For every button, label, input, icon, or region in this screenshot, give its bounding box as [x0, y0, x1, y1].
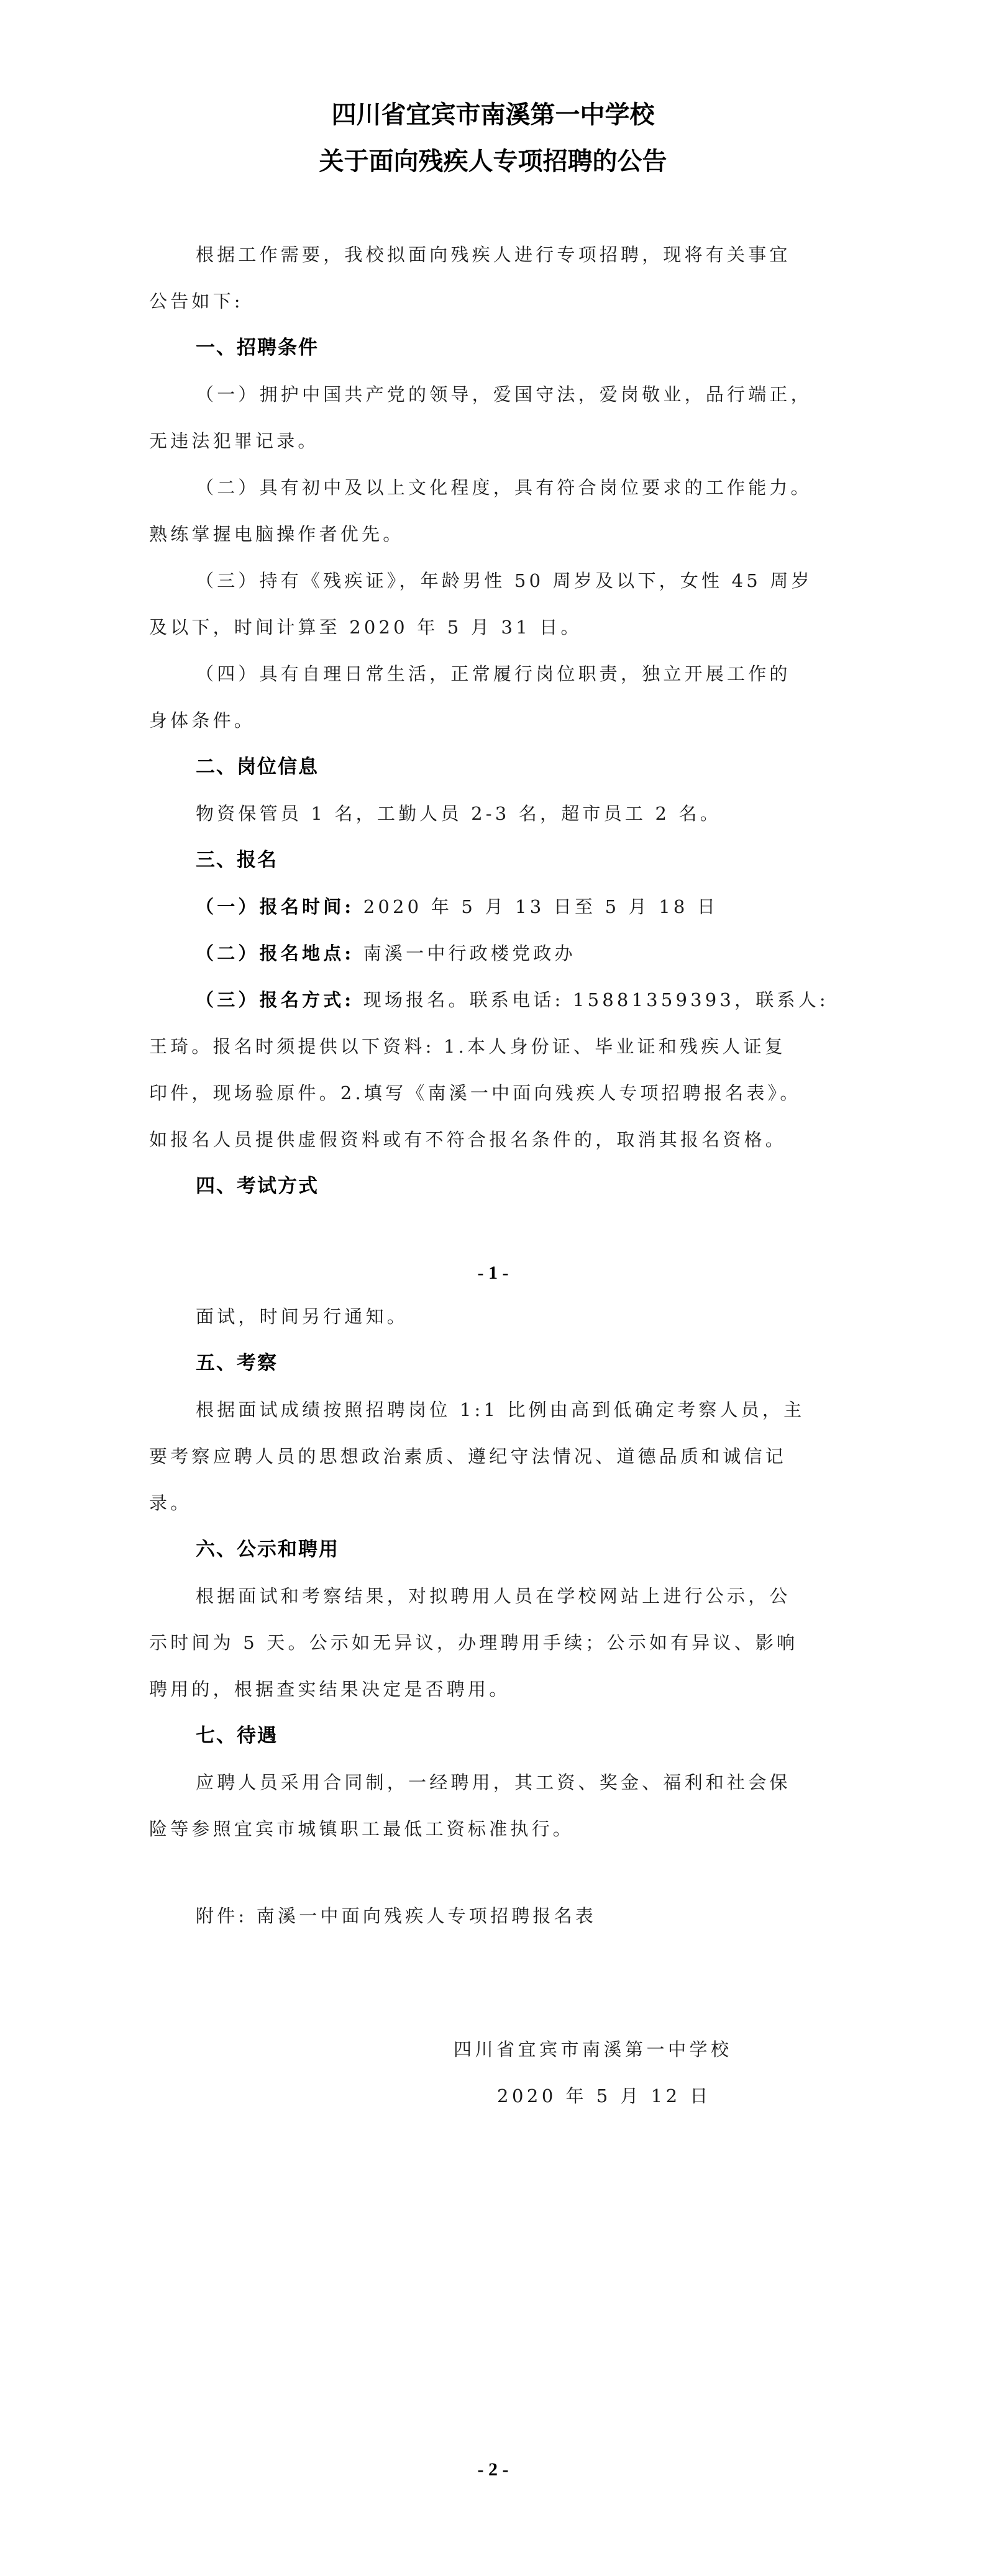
attachment-note: 附件: 南溪一中面向残疾人专项招聘报名表: [196, 1903, 885, 1928]
condition-item-line: 及以下，时间计算至 2020 年 5 月 31 日。: [149, 615, 839, 640]
publicity-text-line: 聘用的，根据查实结果决定是否聘用。: [149, 1677, 839, 1702]
registration-method-line: 王琦。报名时须提供以下资料: 1.本人身份证、毕业证和残疾人证复: [149, 1034, 839, 1059]
compensation-text-line: 应聘人员采用合同制，一经聘用，其工资、奖金、福利和社会保: [196, 1770, 885, 1795]
section-heading-publicity-hiring: 六、公示和聘用: [196, 1537, 339, 1562]
condition-item-line: 无违法犯罪记录。: [149, 429, 839, 453]
signature-org: 四川省宜宾市南溪第一中学校: [454, 2037, 764, 2062]
section-heading-compensation: 七、待遇: [196, 1723, 278, 1748]
document-title-org: 四川省宜宾市南溪第一中学校: [0, 99, 986, 130]
publicity-text-line: 示时间为 5 天。公示如无异议，办理聘用手续；公示如有异议、影响: [149, 1630, 839, 1655]
inspection-text-line: 根据面试成绩按照招聘岗位 1:1 比例由高到低确定考察人员，主: [196, 1397, 885, 1422]
section-heading-inspection: 五、考察: [196, 1351, 278, 1376]
intro-paragraph-line: 根据工作需要，我校拟面向残疾人进行专项招聘，现将有关事宜: [196, 242, 885, 267]
position-info-text: 物资保管员 1 名，工勤人员 2-3 名，超市员工 2 名。: [196, 801, 885, 826]
condition-item-line: （四）具有自理日常生活，正常履行岗位职责，独立开展工作的: [196, 661, 885, 686]
registration-time-value: 2020 年 5 月 13 日至 5 月 18 日: [354, 896, 718, 917]
registration-place-label: （二）报名地点:: [196, 943, 354, 964]
registration-place-value: 南溪一中行政楼党政办: [354, 943, 575, 964]
registration-place: （二）报名地点: 南溪一中行政楼党政办: [196, 941, 885, 966]
condition-item-line: 熟练掌握电脑操作者优先。: [149, 522, 839, 546]
section-heading-position-info: 二、岗位信息: [196, 755, 319, 779]
page-number-1: - 1 -: [0, 1261, 986, 1286]
condition-item-line: （一）拥护中国共产党的领导，爱国守法，爱岗敬业，品行端正，: [196, 382, 885, 407]
inspection-text-line: 录。: [149, 1490, 839, 1515]
exam-method-text: 面试，时间另行通知。: [196, 1304, 885, 1329]
section-heading-exam-method: 四、考试方式: [196, 1174, 319, 1199]
signature-date: 2020 年 5 月 12 日: [497, 2084, 808, 2108]
registration-method-label: （三）报名方式:: [196, 989, 354, 1010]
registration-time: （一）报名时间: 2020 年 5 月 13 日至 5 月 18 日: [196, 894, 885, 919]
page-number-2: - 2 -: [0, 2457, 986, 2482]
registration-time-label: （一）报名时间:: [196, 896, 354, 917]
intro-paragraph-line: 公告如下:: [149, 289, 839, 314]
inspection-text-line: 要考察应聘人员的思想政治素质、遵纪守法情况、道德品质和诚信记: [149, 1444, 839, 1469]
publicity-text-line: 根据面试和考察结果，对拟聘用人员在学校网站上进行公示，公: [196, 1584, 885, 1608]
registration-method-line: 印件，现场验原件。2.填写《南溪一中面向残疾人专项招聘报名表》。: [149, 1081, 839, 1105]
condition-item-line: （二）具有初中及以上文化程度，具有符合岗位要求的工作能力。: [196, 475, 885, 500]
registration-method-line: 如报名人员提供虚假资料或有不符合报名条件的，取消其报名资格。: [149, 1127, 839, 1152]
registration-method: （三）报名方式: 现场报名。联系电话: 15881359393，联系人:: [196, 987, 885, 1012]
condition-item-line: 身体条件。: [149, 708, 839, 733]
compensation-text-line: 险等参照宜宾市城镇职工最低工资标准执行。: [149, 1816, 839, 1841]
document-page: 四川省宜宾市南溪第一中学校 关于面向残疾人专项招聘的公告 根据工作需要，我校拟面…: [0, 0, 986, 2576]
section-heading-registration: 三、报名: [196, 848, 278, 873]
document-title-subject: 关于面向残疾人专项招聘的公告: [0, 146, 986, 177]
section-heading-recruitment-conditions: 一、招聘条件: [196, 335, 319, 360]
condition-item-line: （三）持有《残疾证》，年龄男性 50 周岁及以下，女性 45 周岁: [196, 568, 885, 593]
registration-method-value: 现场报名。联系电话: 15881359393，联系人:: [354, 989, 829, 1010]
